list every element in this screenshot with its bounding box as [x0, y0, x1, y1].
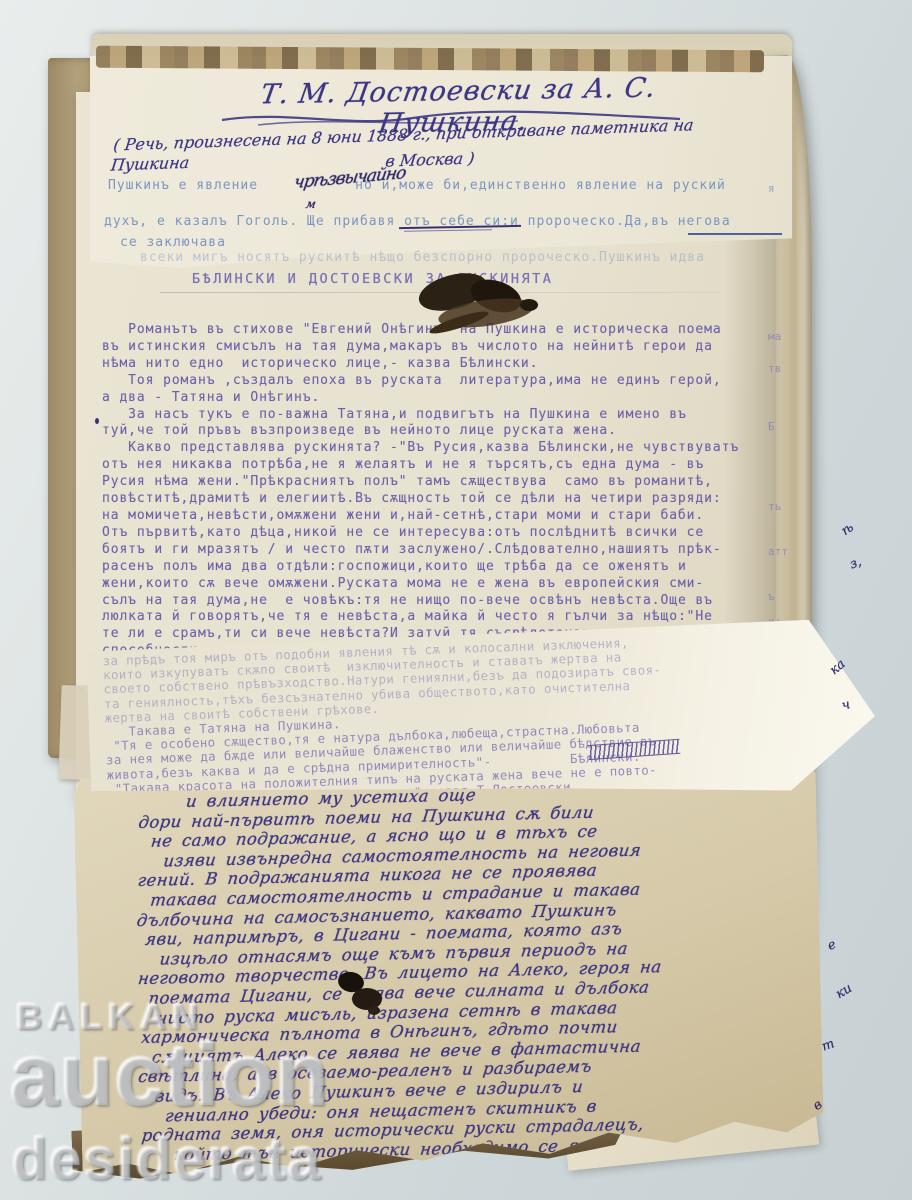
edge-letter-fragment: я	[768, 182, 775, 195]
typed-line: Тоя романъ ,създалъ епоха въ руската лит…	[102, 373, 778, 390]
handwritten-text-block: и влиянието му усетиха още дори най-първ…	[122, 778, 790, 1165]
typed-line: сълъ на тая дума,не е човѣкъ:тя не нищо …	[102, 593, 778, 610]
typed-line: Русия нѣма жени."Прѣкрасниятъ полъ" тамъ…	[102, 474, 778, 491]
margin-ink-mark: з,	[848, 555, 864, 573]
ink-underline	[688, 233, 782, 235]
intro-typed-line3: се заключава	[120, 235, 226, 250]
intro-typed-line4-faded: всеки мигъ носятъ рускитѣ нѣщо безспорно…	[140, 250, 705, 265]
photo-of-manuscript: и влиянието му усетиха още дори най-първ…	[0, 0, 912, 1200]
typed-line: на момичета,невѣсти,омѫжени жени и,най-с…	[102, 508, 778, 525]
typed-line: Какво представлява рускинята? -"Въ Русия…	[102, 440, 778, 457]
margin-ink-mark: т	[820, 1036, 837, 1054]
faded-typed-slip: за прѣдъ тоя миръ отъ подобни явления тѣ…	[86, 618, 877, 815]
typed-line: а два - Татяна и Онѣгинъ.	[102, 390, 778, 407]
typed-line: нѣма нито едно историческо лице,- казва …	[102, 356, 778, 373]
typed-line: люлката й говорятъ,че тя е невѣста,а май…	[102, 609, 778, 626]
typed-line: въ истинския смисълъ на тая дума,макаръ …	[102, 339, 778, 356]
typed-line: боятъ и ги мразятъ / и често пѫти заслуж…	[102, 542, 778, 559]
margin-ink-mark: е	[825, 937, 838, 954]
ink-blot	[368, 1006, 380, 1015]
typed-line: жени,които сѫ вече омѫжени.Руската мома …	[102, 576, 778, 593]
typed-body-block: Романътъ въ стихове "Евгений Онѣгинъ" на…	[102, 322, 778, 677]
pressed-flower-blot	[520, 299, 538, 311]
typed-line: туй,че той пръвъ възпроизведе въ нейното…	[102, 423, 778, 440]
worn-top-edge	[96, 46, 764, 73]
typed-line: расенъ полъ има два отдѣли:госпожици,кои…	[102, 559, 778, 576]
margin-ink-mark: ѣ	[839, 520, 857, 539]
intro-typed-line1: Пушкинъ е явление но и,може би,единствен…	[108, 178, 726, 193]
margin-ink-mark: ки	[833, 981, 854, 1002]
typed-line: отъ нея никаква потрѣба,не я желаятъ и н…	[102, 457, 778, 474]
faded-typed-text-block: за прѣдъ тоя миръ отъ подобни явления тѣ…	[102, 628, 857, 810]
ink-dot	[95, 418, 99, 424]
intro-line1-pre: Пушкинъ е явление	[108, 178, 267, 193]
handwritten-page: и влиянието му усетиха още дори най-първ…	[74, 762, 825, 1177]
typed-line: повѣститѣ,драмитѣ и елегиитѣ.Въ сѫщность…	[102, 491, 778, 508]
typed-line: За насъ тукъ е по-важна Татяна,и подвигъ…	[102, 407, 778, 424]
typed-line: Отъ първитѣ,като дѣца,никой не се интере…	[102, 525, 778, 542]
